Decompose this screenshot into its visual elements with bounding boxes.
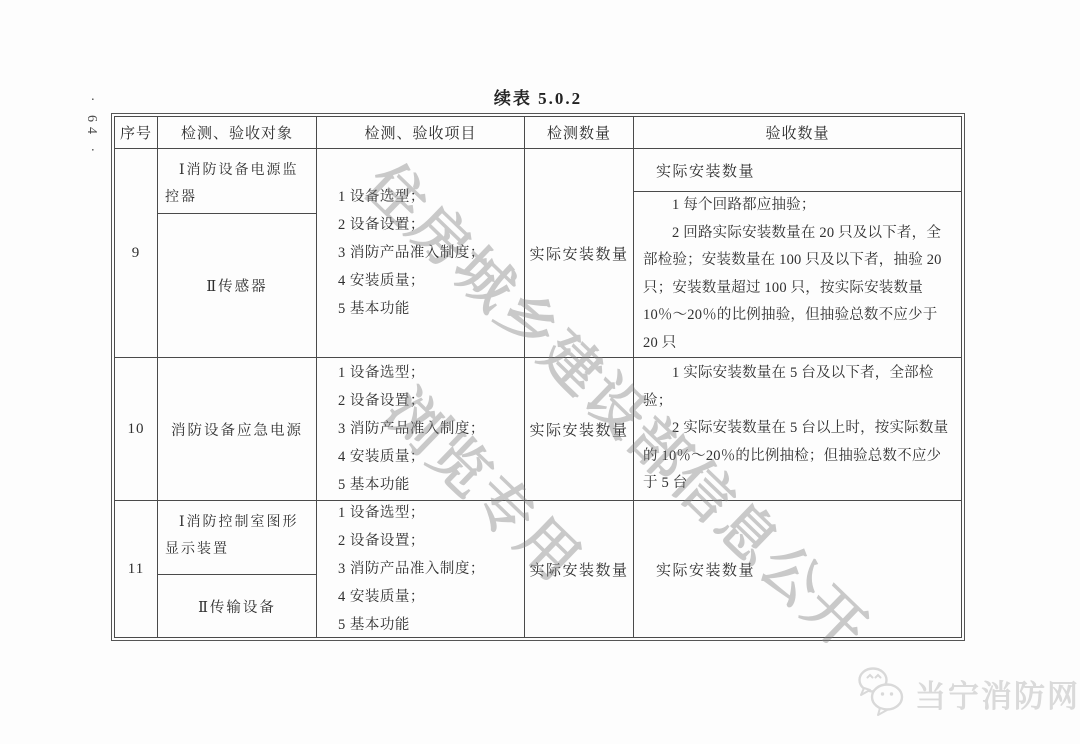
row11-item-3: 3 消防产品准入制度； bbox=[338, 555, 524, 583]
row9-object-bottom: Ⅱ传感器 bbox=[158, 214, 316, 357]
acceptance-table: 序号 检测、验收对象 检测、验收项目 检测数量 验收数量 9 Ⅰ消防设备电源监控… bbox=[111, 113, 965, 641]
row11-item-5: 5 基本功能 bbox=[338, 611, 524, 637]
header-items: 检测、验收项目 bbox=[317, 117, 525, 149]
row11-item-2: 2 设备设置； bbox=[338, 527, 524, 555]
table-grid: 序号 检测、验收对象 检测、验收项目 检测数量 验收数量 9 Ⅰ消防设备电源监控… bbox=[114, 116, 962, 638]
row11-item-1: 1 设备选型； bbox=[338, 501, 524, 527]
row9-item-1: 1 设备选型； bbox=[338, 183, 524, 211]
row10-test-qty: 实际安装数量 bbox=[525, 358, 634, 501]
site-logo-text: 当宁消防网 bbox=[915, 671, 1080, 716]
header-object: 检测、验收对象 bbox=[158, 117, 317, 149]
row9-item-4: 4 安装质量； bbox=[338, 267, 524, 295]
row9-accept-bottom: 1 每个回路都应抽验； 2 回路实际安装数量在 20 只及以下者，全部检验；安装… bbox=[634, 192, 961, 357]
row11-object-top: Ⅰ消防控制室图形显示装置 bbox=[158, 501, 316, 575]
row11-item-4: 4 安装质量； bbox=[338, 583, 524, 611]
chat-bubbles-icon bbox=[854, 664, 906, 723]
table-row-9: 9 Ⅰ消防设备电源监控器 Ⅱ传感器 1 设备选型； 2 设备设置； 3 消防产品… bbox=[115, 149, 961, 358]
table-row-10: 10 消防设备应急电源 1 设备选型； 2 设备设置； 3 消防产品准入制度； … bbox=[115, 358, 961, 501]
row9-item-3: 3 消防产品准入制度； bbox=[338, 239, 524, 267]
row9-object-cell: Ⅰ消防设备电源监控器 Ⅱ传感器 bbox=[158, 149, 317, 358]
row10-item-5: 5 基本功能 bbox=[338, 471, 524, 499]
row11-test-qty: 实际安装数量 bbox=[525, 501, 634, 637]
table-header-row: 序号 检测、验收对象 检测、验收项目 检测数量 验收数量 bbox=[115, 117, 961, 149]
row10-accept: 1 实际安装数量在 5 台及以下者，全部检验； 2 实际安装数量在 5 台以上时… bbox=[634, 358, 961, 501]
row9-item-2: 2 设备设置； bbox=[338, 211, 524, 239]
row9-object-top-text: Ⅰ消防设备电源监控器 bbox=[158, 149, 316, 211]
row10-accept-clause-2: 2 实际安装数量在 5 台以上时，按实际数量的 10％～20％的比例抽检；但抽验… bbox=[643, 415, 953, 498]
header-seq: 序号 bbox=[115, 117, 158, 149]
row10-accept-clause-1: 1 实际安装数量在 5 台及以下者，全部检验； bbox=[643, 360, 953, 415]
table-title: 续表 5.0.2 bbox=[111, 84, 965, 109]
table-row-11: 11 Ⅰ消防控制室图形显示装置 Ⅱ传输设备 1 设备选型； 2 设备设置； 3 … bbox=[115, 501, 961, 637]
row10-item-4: 4 安装质量； bbox=[338, 443, 524, 471]
row10-item-2: 2 设备设置； bbox=[338, 387, 524, 415]
page-number: · 64 · bbox=[83, 97, 99, 157]
row9-accept-clause-1: 1 每个回路都应抽验； bbox=[643, 192, 953, 220]
row9-seq: 9 bbox=[115, 149, 158, 358]
header-accept-qty: 验收数量 bbox=[634, 117, 961, 149]
row9-accept-top: 实际安装数量 bbox=[634, 149, 961, 192]
row11-seq: 11 bbox=[115, 501, 158, 637]
row9-object-top: Ⅰ消防设备电源监控器 bbox=[158, 149, 316, 214]
row10-item-1: 1 设备选型； bbox=[338, 359, 524, 387]
row9-item-5: 5 基本功能 bbox=[338, 295, 524, 323]
row11-items: 1 设备选型； 2 设备设置； 3 消防产品准入制度； 4 安装质量； 5 基本… bbox=[317, 501, 525, 637]
row10-object: 消防设备应急电源 bbox=[158, 358, 317, 501]
header-test-qty: 检测数量 bbox=[525, 117, 634, 149]
row10-items: 1 设备选型； 2 设备设置； 3 消防产品准入制度； 4 安装质量； 5 基本… bbox=[317, 358, 525, 501]
row9-accept-clause-2: 2 回路实际安装数量在 20 只及以下者，全部检验；安装数量在 100 只及以下… bbox=[643, 220, 953, 358]
row11-object-bottom: Ⅱ传输设备 bbox=[158, 575, 316, 637]
row11-accept: 实际安装数量 bbox=[634, 501, 961, 637]
row10-seq: 10 bbox=[115, 358, 158, 501]
row11-object-cell: Ⅰ消防控制室图形显示装置 Ⅱ传输设备 bbox=[158, 501, 317, 637]
row9-items: 1 设备选型； 2 设备设置； 3 消防产品准入制度； 4 安装质量； 5 基本… bbox=[317, 149, 525, 358]
row10-item-3: 3 消防产品准入制度； bbox=[338, 415, 524, 443]
row9-accept-cell: 实际安装数量 1 每个回路都应抽验； 2 回路实际安装数量在 20 只及以下者，… bbox=[634, 149, 961, 358]
row9-test-qty: 实际安装数量 bbox=[525, 149, 634, 358]
row11-object-top-text: Ⅰ消防控制室图形显示装置 bbox=[158, 501, 316, 563]
site-logo: 当宁消防网 bbox=[854, 664, 1080, 723]
